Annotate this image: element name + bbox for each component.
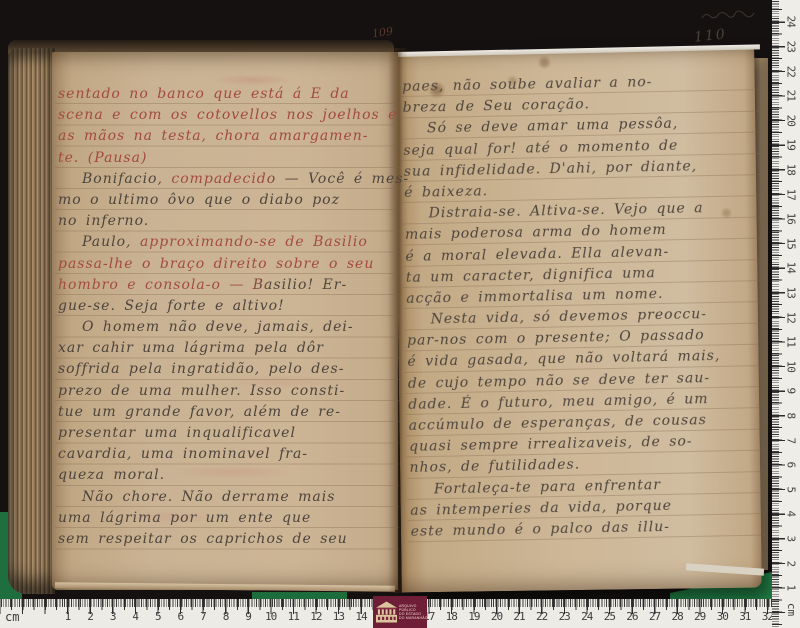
handwritten-line: passa-lhe o braço direito sobre o seu	[58, 254, 399, 275]
handwritten-text: par-nos com o presente; O passado	[407, 327, 705, 349]
handwritten-text: cavardia, uma inominavel fra-	[58, 446, 308, 462]
ruler-number: 10	[779, 359, 800, 373]
handwritten-text: é baixeza.	[404, 183, 488, 201]
handwritten-text: scena e com os cotovellos nos joelhos e	[58, 107, 397, 123]
handwritten-text: seja qual for! até o momento de	[403, 137, 678, 158]
ruler-number: 2	[779, 556, 800, 570]
handwritten-text: é vida gasada, que não voltará mais,	[407, 348, 720, 370]
ruler-number: 28	[666, 610, 689, 624]
archive-building-icon	[376, 601, 397, 623]
handwritten-text: gue-se. Seja forte e altivo!	[58, 298, 285, 314]
ruler-number: 6	[169, 610, 192, 624]
page-edges-stack	[8, 48, 55, 594]
archive-stamp: ARQUIVO PÚBLICO DO ESTADO DO MARANHÃO	[373, 596, 427, 628]
handwritten-line: te. (Pausa)	[58, 148, 399, 169]
handwritten-text: Paulo, approximando-se de Basilio	[82, 234, 368, 250]
ruler-right-numbers: 1 2 3 4 5 6 7 8 9 10 11 12	[784, 9, 798, 599]
ruler-number: 27	[643, 610, 666, 624]
handwritten-line: O homem não deve, jamais, dei-	[58, 317, 399, 338]
handwritten-line: prezo de uma mulher. Isso consti-	[58, 381, 399, 402]
handwritten-text: Só se deve amar uma pessôa,	[427, 116, 679, 137]
ruler-number: 11	[779, 334, 800, 348]
page-number-right: 110	[693, 26, 727, 45]
handwritten-text: Bonifacio, compadecido — Você é mes-	[82, 171, 409, 187]
ruler-right-unit: cm	[786, 603, 797, 616]
handwritten-text: hombro e consola-o — Basilio! Er-	[58, 277, 347, 293]
handwritten-text: mais poderosa arma do homem	[405, 222, 667, 243]
handwritten-text: sua infidelidade. D'ahi, por diante,	[404, 158, 698, 180]
handwritten-text: xar cahir uma lágrima pela dôr	[58, 340, 324, 356]
handwritten-text: accúmulo de esperanças, de cousas	[409, 412, 707, 434]
ruler-number: 20	[779, 113, 800, 127]
ruler-number: 7	[192, 610, 215, 624]
ruler-number: 19	[779, 138, 800, 152]
handwritten-text: soffrida pela ingratidão, pelo des-	[58, 361, 344, 377]
handwritten-text: uma lágrima por um ente que	[58, 510, 311, 526]
ruler-number: 4	[779, 507, 800, 521]
handwritten-line: soffrida pela ingratidão, pelo des-	[58, 359, 399, 380]
ruler-number: 13	[327, 610, 350, 624]
ruler-number: 25	[598, 610, 621, 624]
page-number-left-faint: 109	[371, 25, 394, 41]
ruler-number: 12	[305, 610, 328, 624]
ruler-number: 8	[779, 408, 800, 422]
handwritten-line: uma lágrima por um ente que	[58, 508, 399, 529]
ruler-number: 18	[779, 162, 800, 176]
ruler-number: 23	[553, 610, 576, 624]
handwritten-text: é a moral elevada. Ella alevan-	[405, 243, 669, 264]
ruler-number: 17	[779, 187, 800, 201]
ruler-number: 19	[463, 610, 486, 624]
ruler-number: 10	[259, 610, 282, 624]
ruler-number: 22	[530, 610, 553, 624]
handwritten-line: tue um grande favor, além de re-	[58, 402, 399, 423]
photograph: sentado no banco que está á E da scena e…	[0, 0, 800, 628]
ruler-number: 16	[779, 212, 800, 226]
handwritten-text: te. (Pausa)	[58, 150, 147, 166]
ruler-number: 3	[101, 610, 124, 624]
handwritten-text: as mãos na testa, chora amargamen-	[58, 128, 369, 144]
handwritten-line: scena e com os cotovellos nos joelhos e	[58, 105, 399, 126]
ruler-number: 26	[621, 610, 644, 624]
handwritten-line: as mãos na testa, chora amargamen-	[58, 126, 399, 147]
handwritten-line: no inferno.	[58, 211, 399, 232]
ruler-number: 21	[779, 89, 800, 103]
ruler-number: 1	[56, 610, 79, 624]
ruler-number: 5	[147, 610, 170, 624]
ruler-number: 23	[779, 39, 800, 53]
handwritten-text: Não chore. Não derrame mais	[82, 489, 335, 505]
archive-stamp-text: ARQUIVO PÚBLICO DO ESTADO DO MARANHÃO	[399, 604, 428, 621]
handwritten-text: no inferno.	[58, 213, 149, 229]
handwritten-text: prezo de uma mulher. Isso consti-	[58, 383, 345, 399]
ruler-number: 1	[779, 580, 800, 594]
handwritten-text: este mundo é o palco das illu-	[411, 519, 670, 540]
ruler-number: 24	[575, 610, 598, 624]
ruler-number: 2	[79, 610, 102, 624]
ruler-number: 29	[688, 610, 711, 624]
handwritten-line: Bonifacio, compadecido — Você é mes-	[58, 169, 399, 190]
ruler-number: 5	[779, 482, 800, 496]
ruler-number: 24	[779, 15, 800, 29]
handwritten-text: mo o ultimo ôvo que o diabo poz	[58, 192, 340, 208]
handwritten-text: quasi sempre irrealizaveis, de so-	[409, 434, 693, 455]
ruler-bottom-unit: cm	[5, 610, 19, 624]
ruler-number: 6	[779, 457, 800, 471]
handwritten-line: Não chore. Não derrame mais	[58, 487, 399, 508]
handwritten-text: nhos, de futilidades.	[409, 457, 580, 476]
ruler-number: 22	[779, 64, 800, 78]
left-page-text: sentado no banco que está á E da scena e…	[55, 84, 399, 550]
handwritten-line: queza moral.	[58, 465, 399, 486]
ruler-number: 11	[282, 610, 305, 624]
ruler-number: 3	[779, 531, 800, 545]
ruler-number: 9	[779, 384, 800, 398]
handwritten-text: passa-lhe o braço direito sobre o seu	[58, 256, 374, 272]
handwritten-line: mo o ultimo ôvo que o diabo poz	[58, 190, 399, 211]
ruler-right: 1 2 3 4 5 6 7 8 9 10 11 12	[772, 0, 800, 628]
handwritten-line: sentado no banco que está á E da	[58, 84, 399, 105]
ruler-number: 31	[734, 610, 757, 624]
ruler-number: 15	[779, 236, 800, 250]
archive-stamp-text-line: DO MARANHÃO	[399, 616, 428, 620]
handwritten-text: ta um caracter, dignifica uma	[406, 265, 656, 286]
handwritten-text: dade. É o futuro, meu amigo, é um	[408, 391, 709, 413]
handwritten-text: acção e immortalisa um nome.	[406, 286, 664, 307]
handwritten-text: de cujo tempo não se deve ter sau-	[408, 370, 710, 392]
handwritten-line: cavardia, uma inominavel fra-	[58, 444, 399, 465]
handwritten-text: breza de Seu coração.	[402, 97, 590, 117]
ruler-number: 14	[350, 610, 373, 624]
handwritten-text: Distraia-se. Altiva-se. Vejo que a	[428, 200, 703, 221]
ruler-number: 9	[237, 610, 260, 624]
ruler-number: 12	[779, 310, 800, 324]
handwritten-text: O homem não deve, jamais, dei-	[82, 319, 354, 335]
edge-scribble-mark	[700, 10, 758, 22]
handwritten-text: tue um grande favor, além de re-	[58, 404, 341, 420]
ruler-number: 7	[779, 433, 800, 447]
ruler-number: 18	[440, 610, 463, 624]
right-page-text: paes, não soube avaliar a no- breza de S…	[399, 70, 767, 543]
open-book: sentado no banco que está á E da scena e…	[0, 0, 800, 628]
ruler-number: 13	[779, 285, 800, 299]
handwritten-line: hombro e consola-o — Basilio! Er-	[58, 275, 399, 296]
handwritten-line: sem respeitar os caprichos de seu	[58, 529, 399, 550]
handwritten-text: Fortaleça-te para enfrentar	[434, 477, 661, 497]
handwritten-line: Paulo, approximando-se de Basilio	[58, 232, 399, 253]
handwritten-line: xar cahir uma lágrima pela dôr	[58, 338, 399, 359]
handwritten-line: gue-se. Seja forte e altivo!	[58, 296, 399, 317]
ruler-number: 14	[779, 261, 800, 275]
ruler-number: 20	[485, 610, 508, 624]
handwritten-text: Nesta vida, só devemos preoccu-	[431, 306, 708, 327]
handwritten-text: sem respeitar os caprichos de seu	[58, 531, 348, 547]
handwritten-text: sentado no banco que está á E da	[58, 86, 350, 102]
ruler-number: 30	[711, 610, 734, 624]
handwritten-text: presentar uma inqualificavel	[58, 425, 296, 441]
ruler-number: 21	[508, 610, 531, 624]
handwritten-text: as intemperies da vida, porque	[410, 498, 672, 519]
ruler-number: 8	[214, 610, 237, 624]
ruler-number: 4	[124, 610, 147, 624]
handwritten-text: queza moral.	[58, 467, 165, 483]
handwritten-text: paes, não soube avaliar a no-	[402, 74, 653, 95]
handwritten-line: presentar uma inqualificavel	[58, 423, 399, 444]
